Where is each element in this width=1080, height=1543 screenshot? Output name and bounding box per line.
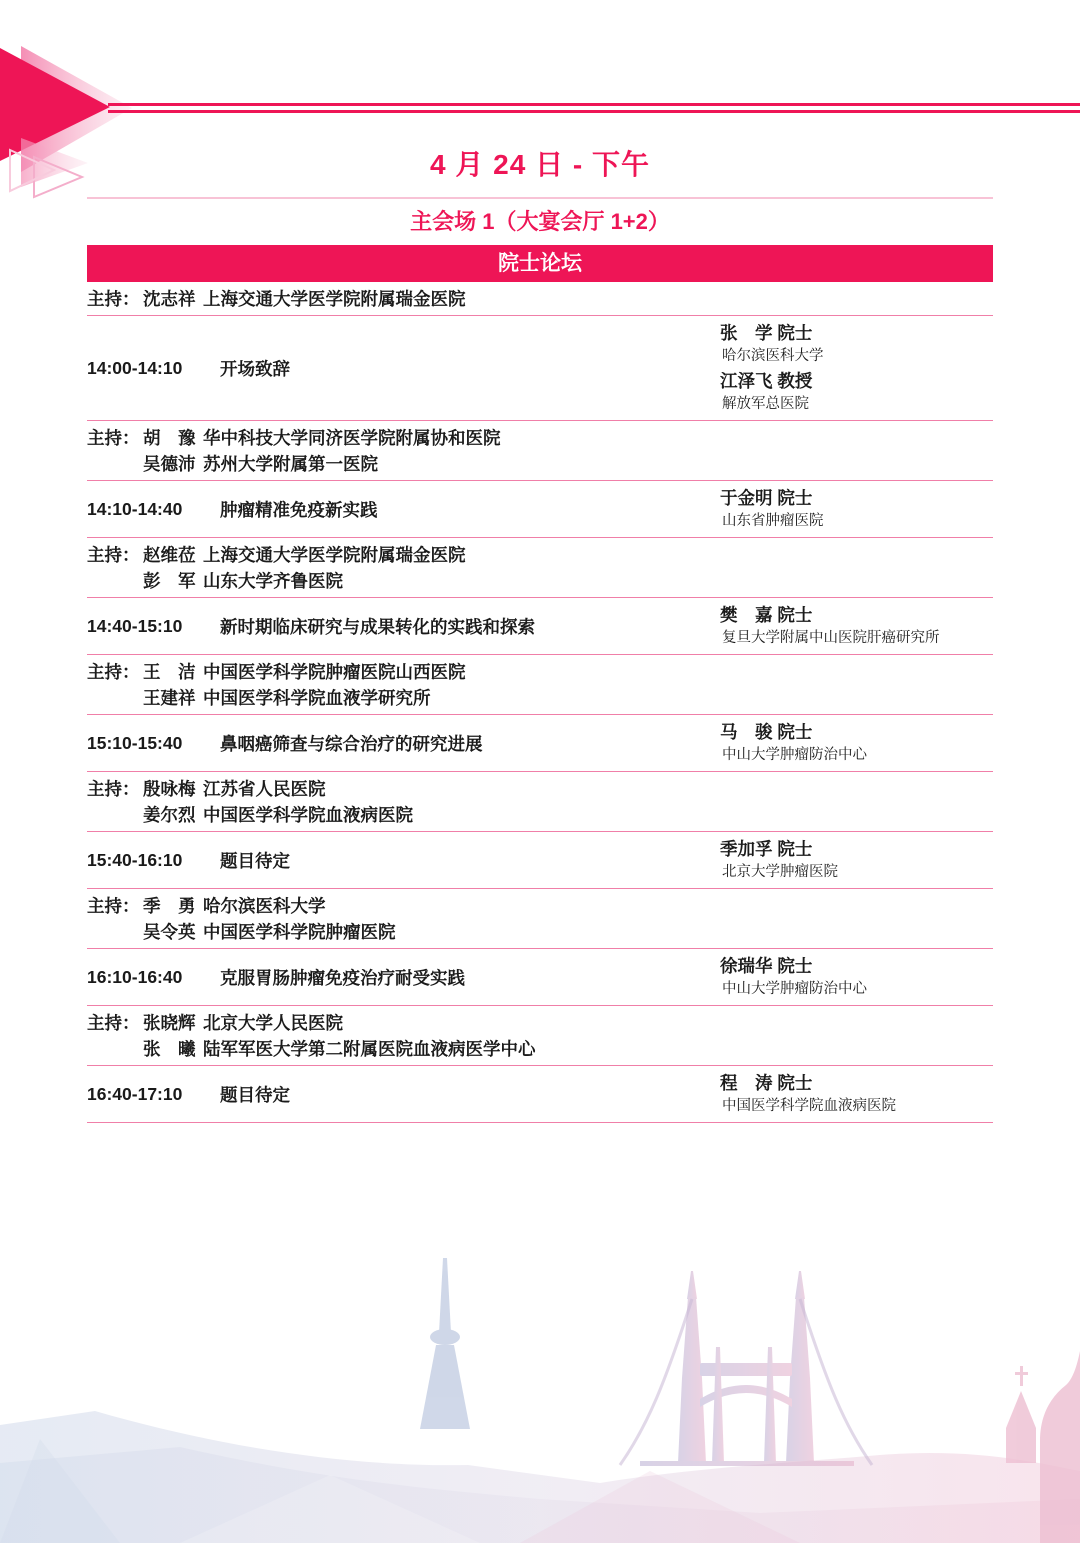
speaker-affiliation: 中国医学科学院血液病医院: [720, 1096, 993, 1117]
agenda-page: 4 月 24 日 - 下午 主会场 1（大宴会厅 1+2） 院士论坛 主持：沈志…: [0, 0, 1080, 1543]
chair-label: 主持：: [87, 425, 143, 451]
session-topic: 开场致辞: [220, 356, 720, 381]
chair-line: 张 曦陆军军医大学第二附属医院血液病医学中心: [87, 1036, 993, 1062]
session-row: 16:40-17:10 题目待定 程 涛 院士中国医学科学院血液病医院: [87, 1066, 993, 1123]
session-row: 14:00-14:10 开场致辞 张 学 院士哈尔滨医科大学江泽飞 教授解放军总…: [87, 316, 993, 421]
speaker-affiliation: 哈尔滨医科大学: [720, 346, 993, 367]
forum-banner-label: 院士论坛: [498, 252, 582, 275]
speaker-list: 于金明 院士山东省肿瘤医院: [720, 485, 993, 533]
speaker: 于金明 院士山东省肿瘤医院: [720, 485, 993, 533]
schedule-block: 主持：季 勇哈尔滨医科大学吴令英中国医学科学院肿瘤医院 16:10-16:40 …: [87, 889, 993, 1006]
chair-row: 主持：殷咏梅江苏省人民医院姜尔烈中国医学科学院血液病医院: [87, 772, 993, 832]
session-row: 14:10-14:40 肿瘤精准免疫新实践 于金明 院士山东省肿瘤医院: [87, 481, 993, 538]
speaker-affiliation: 复旦大学附属中山医院肝癌研究所: [720, 628, 993, 649]
speaker-name: 江泽飞 教授: [720, 369, 993, 394]
chair-name: 张 曦: [143, 1036, 203, 1062]
session-topic: 题目待定: [220, 848, 720, 873]
speaker-list: 徐瑞华 院士中山大学肿瘤防治中心: [720, 953, 993, 1001]
chair-affiliation: 江苏省人民医院: [203, 776, 993, 802]
chair-name: 王 洁: [143, 659, 203, 685]
session-topic: 题目待定: [220, 1082, 720, 1107]
chair-row: 主持：季 勇哈尔滨医科大学吴令英中国医学科学院肿瘤医院: [87, 889, 993, 949]
chair-label: [87, 802, 143, 828]
schedule-block: 主持：张晓辉北京大学人民医院张 曦陆军军医大学第二附属医院血液病医学中心 16:…: [87, 1006, 993, 1123]
session-time: 16:10-16:40: [87, 967, 220, 988]
chair-line: 吴令英中国医学科学院肿瘤医院: [87, 919, 993, 945]
session-time: 14:00-14:10: [87, 358, 220, 379]
chair-line: 主持：胡 豫华中科技大学同济医学院附属协和医院: [87, 425, 993, 451]
chair-label: 主持：: [87, 542, 143, 568]
schedule-block: 主持：胡 豫华中科技大学同济医学院附属协和医院吴德沛苏州大学附属第一医院 14:…: [87, 421, 993, 538]
chair-line: 主持：殷咏梅江苏省人民医院: [87, 776, 993, 802]
schedule-block: 主持：王 洁中国医学科学院肿瘤医院山西医院王建祥中国医学科学院血液学研究所 15…: [87, 655, 993, 772]
session-topic: 肿瘤精准免疫新实践: [220, 497, 720, 522]
city-skyline-watermark-icon: [0, 1213, 1080, 1543]
session-row: 15:40-16:10 题目待定 季加孚 院士北京大学肿瘤医院: [87, 832, 993, 889]
chair-line: 姜尔烈中国医学科学院血液病医院: [87, 802, 993, 828]
speaker-name: 张 学 院士: [720, 321, 993, 346]
session-time: 15:40-16:10: [87, 850, 220, 871]
chair-line: 主持：张晓辉北京大学人民医院: [87, 1010, 993, 1036]
speaker: 徐瑞华 院士中山大学肿瘤防治中心: [720, 953, 993, 1001]
speaker-name: 马 骏 院士: [720, 720, 993, 745]
chair-affiliation: 上海交通大学医学院附属瑞金医院: [203, 542, 993, 568]
chair-affiliation: 苏州大学附属第一医院: [203, 451, 993, 477]
speaker-list: 马 骏 院士中山大学肿瘤防治中心: [720, 719, 993, 767]
speaker: 江泽飞 教授解放军总医院: [720, 368, 993, 416]
speaker-list: 张 学 院士哈尔滨医科大学江泽飞 教授解放军总医院: [720, 320, 993, 416]
speaker: 程 涛 院士中国医学科学院血液病医院: [720, 1070, 993, 1118]
chair-line: 主持：王 洁中国医学科学院肿瘤医院山西医院: [87, 659, 993, 685]
session-row: 16:10-16:40 克服胃肠肿瘤免疫治疗耐受实践 徐瑞华 院士中山大学肿瘤防…: [87, 949, 993, 1006]
chair-label: [87, 568, 143, 594]
chair-label: 主持：: [87, 776, 143, 802]
chair-line: 主持：赵维莅上海交通大学医学院附属瑞金医院: [87, 542, 993, 568]
chair-row: 主持：张晓辉北京大学人民医院张 曦陆军军医大学第二附属医院血液病医学中心: [87, 1006, 993, 1066]
chair-name: 胡 豫: [143, 425, 203, 451]
speaker-name: 樊 嘉 院士: [720, 603, 993, 628]
venue-title: 主会场 1（大宴会厅 1+2）: [87, 208, 993, 235]
chair-label: 主持：: [87, 659, 143, 685]
speaker: 樊 嘉 院士复旦大学附属中山医院肝癌研究所: [720, 602, 993, 650]
chair-name: 姜尔烈: [143, 802, 203, 828]
chair-affiliation: 哈尔滨医科大学: [203, 893, 993, 919]
schedule-block: 主持：殷咏梅江苏省人民医院姜尔烈中国医学科学院血液病医院 15:40-16:10…: [87, 772, 993, 889]
chair-line: 王建祥中国医学科学院血液学研究所: [87, 685, 993, 711]
chair-row: 主持：胡 豫华中科技大学同济医学院附属协和医院吴德沛苏州大学附属第一医院: [87, 421, 993, 481]
session-row: 14:40-15:10 新时期临床研究与成果转化的实践和探索 樊 嘉 院士复旦大…: [87, 598, 993, 655]
chair-row: 主持：赵维莅上海交通大学医学院附属瑞金医院彭 军山东大学齐鲁医院: [87, 538, 993, 598]
session-row: 15:10-15:40 鼻咽癌筛查与综合治疗的研究进展 马 骏 院士中山大学肿瘤…: [87, 715, 993, 772]
chair-name: 赵维莅: [143, 542, 203, 568]
chair-label: [87, 451, 143, 477]
speaker-list: 程 涛 院士中国医学科学院血液病医院: [720, 1070, 993, 1118]
chair-affiliation: 陆军军医大学第二附属医院血液病医学中心: [203, 1036, 993, 1062]
session-time: 14:40-15:10: [87, 616, 220, 637]
chair-affiliation: 华中科技大学同济医学院附属协和医院: [203, 425, 993, 451]
chair-label: 主持：: [87, 893, 143, 919]
chair-line: 彭 军山东大学齐鲁医院: [87, 568, 993, 594]
speaker-affiliation: 解放军总医院: [720, 394, 993, 415]
chair-affiliation: 中国医学科学院血液学研究所: [203, 685, 993, 711]
speaker: 马 骏 院士中山大学肿瘤防治中心: [720, 719, 993, 767]
chair-line: 主持：沈志祥上海交通大学医学院附属瑞金医院: [87, 286, 993, 312]
chair-affiliation: 中国医学科学院肿瘤医院山西医院: [203, 659, 993, 685]
top-double-line: [108, 103, 1080, 113]
chair-name: 季 勇: [143, 893, 203, 919]
chair-name: 吴德沛: [143, 451, 203, 477]
chair-label: 主持：: [87, 1010, 143, 1036]
speaker: 张 学 院士哈尔滨医科大学: [720, 320, 993, 368]
speaker-name: 于金明 院士: [720, 486, 993, 511]
session-topic: 鼻咽癌筛查与综合治疗的研究进展: [220, 731, 720, 756]
schedule-table: 主持：沈志祥上海交通大学医学院附属瑞金医院 14:00-14:10 开场致辞 张…: [87, 282, 993, 1123]
forum-banner: 院士论坛: [87, 245, 993, 282]
chair-line: 吴德沛苏州大学附属第一医院: [87, 451, 993, 477]
chair-name: 彭 军: [143, 568, 203, 594]
speaker-name: 徐瑞华 院士: [720, 954, 993, 979]
speaker-list: 樊 嘉 院士复旦大学附属中山医院肝癌研究所: [720, 602, 993, 650]
session-time: 15:10-15:40: [87, 733, 220, 754]
speaker-affiliation: 北京大学肿瘤医院: [720, 862, 993, 883]
chair-affiliation: 上海交通大学医学院附属瑞金医院: [203, 286, 993, 312]
content-area: 4 月 24 日 - 下午 主会场 1（大宴会厅 1+2） 院士论坛 主持：沈志…: [87, 138, 993, 1123]
chair-name: 张晓辉: [143, 1010, 203, 1036]
chair-label: [87, 1036, 143, 1062]
chair-row: 主持：沈志祥上海交通大学医学院附属瑞金医院: [87, 282, 993, 316]
speaker-affiliation: 中山大学肿瘤防治中心: [720, 979, 993, 1000]
speaker: 季加孚 院士北京大学肿瘤医院: [720, 836, 993, 884]
title-divider: [87, 197, 993, 199]
session-topic: 新时期临床研究与成果转化的实践和探索: [220, 614, 720, 639]
session-time: 14:10-14:40: [87, 499, 220, 520]
chair-affiliation: 山东大学齐鲁医院: [203, 568, 993, 594]
chair-affiliation: 北京大学人民医院: [203, 1010, 993, 1036]
schedule-block: 主持：沈志祥上海交通大学医学院附属瑞金医院 14:00-14:10 开场致辞 张…: [87, 282, 993, 421]
speaker-name: 季加孚 院士: [720, 837, 993, 862]
speaker-affiliation: 中山大学肿瘤防治中心: [720, 745, 993, 766]
chair-row: 主持：王 洁中国医学科学院肿瘤医院山西医院王建祥中国医学科学院血液学研究所: [87, 655, 993, 715]
chair-affiliation: 中国医学科学院血液病医院: [203, 802, 993, 828]
session-topic: 克服胃肠肿瘤免疫治疗耐受实践: [220, 965, 720, 990]
chair-name: 沈志祥: [143, 286, 203, 312]
chair-line: 主持：季 勇哈尔滨医科大学: [87, 893, 993, 919]
chair-affiliation: 中国医学科学院肿瘤医院: [203, 919, 993, 945]
chair-label: 主持：: [87, 286, 143, 312]
speaker-affiliation: 山东省肿瘤医院: [720, 511, 993, 532]
session-time: 16:40-17:10: [87, 1084, 220, 1105]
chair-name: 王建祥: [143, 685, 203, 711]
schedule-block: 主持：赵维莅上海交通大学医学院附属瑞金医院彭 军山东大学齐鲁医院 14:40-1…: [87, 538, 993, 655]
speaker-list: 季加孚 院士北京大学肿瘤医院: [720, 836, 993, 884]
chair-label: [87, 919, 143, 945]
date-title: 4 月 24 日 - 下午: [87, 148, 993, 182]
chair-name: 殷咏梅: [143, 776, 203, 802]
chair-name: 吴令英: [143, 919, 203, 945]
speaker-name: 程 涛 院士: [720, 1071, 993, 1096]
chair-label: [87, 685, 143, 711]
